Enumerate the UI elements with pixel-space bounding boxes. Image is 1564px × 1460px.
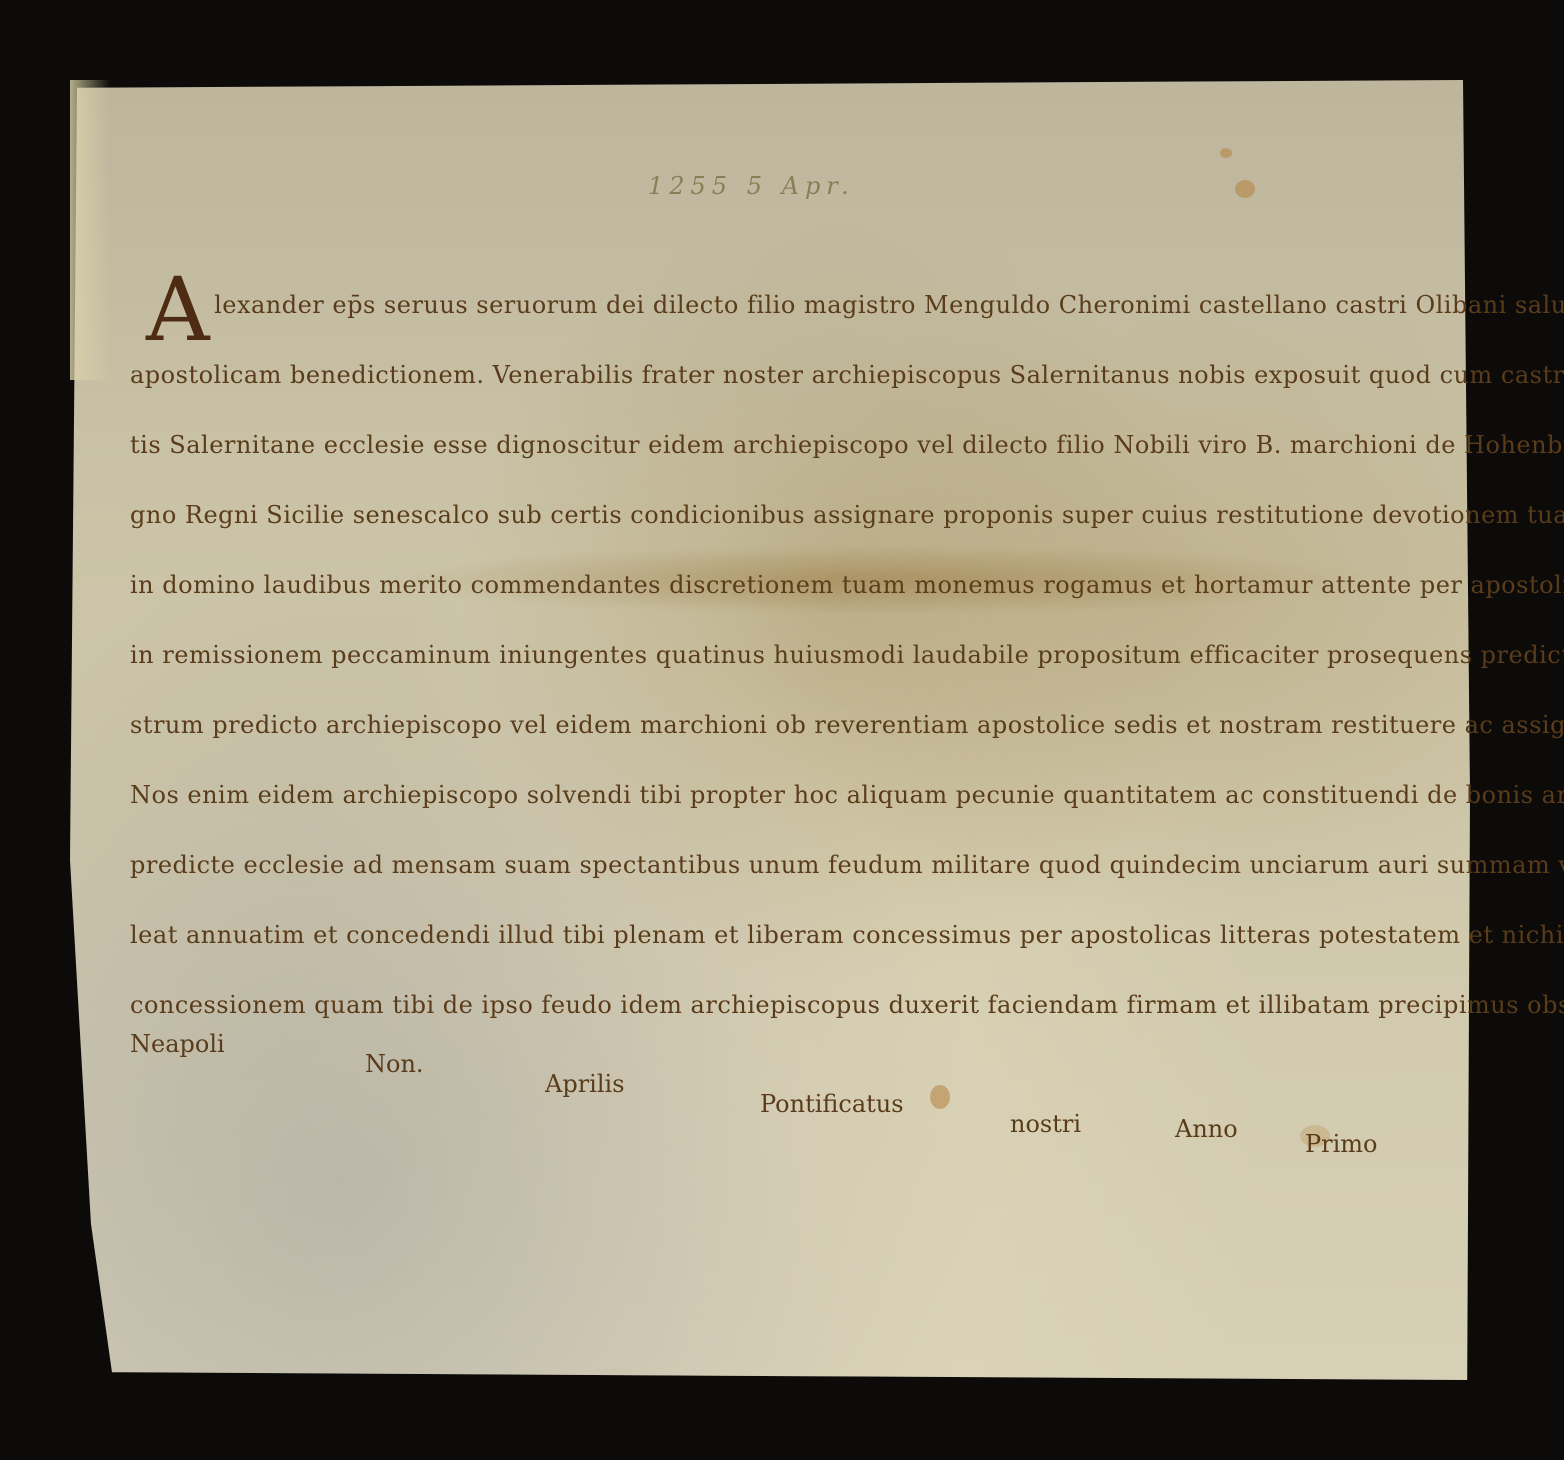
decorated-initial: A bbox=[146, 280, 210, 340]
stain-spot bbox=[1220, 148, 1232, 158]
dating-month: Aprilis bbox=[545, 1070, 625, 1098]
text-line: apostolicam benedictionem. Venerabilis f… bbox=[130, 340, 1510, 410]
folded-corner bbox=[70, 80, 110, 380]
text-line: in remissionem peccaminum iniungentes qu… bbox=[130, 620, 1510, 690]
text-line: gno Regni Sicilie senescalco sub certis … bbox=[130, 480, 1510, 550]
text-line: Nos enim eidem archiepiscopo solvendi ti… bbox=[130, 760, 1510, 830]
charter-text: Alexander ep̄s seruus seruorum dei dilec… bbox=[130, 270, 1510, 1040]
dating-year: Primo bbox=[1305, 1130, 1378, 1158]
dating-place: Neapoli bbox=[130, 1030, 225, 1058]
text-line: tis Salernitane ecclesie esse dignoscitu… bbox=[130, 410, 1510, 480]
dating-day: Non. bbox=[365, 1050, 424, 1078]
text-line: leat annuatim et concedendi illud tibi p… bbox=[130, 900, 1510, 970]
text-line: predicte ecclesie ad mensam suam spectan… bbox=[130, 830, 1510, 900]
dating-clause: Neapoli Non. Aprilis Pontificatus nostri… bbox=[130, 1020, 1470, 1180]
dating-anno: Anno bbox=[1175, 1115, 1238, 1143]
dating-pontificatus: Pontificatus bbox=[760, 1090, 904, 1118]
archival-date-note: 1255 5 Apr. bbox=[648, 172, 855, 200]
stain-spot bbox=[1235, 180, 1255, 198]
text-line: Alexander ep̄s seruus seruorum dei dilec… bbox=[146, 270, 1510, 340]
dating-nostri: nostri bbox=[1010, 1110, 1081, 1138]
text-line: in domino laudibus merito commendantes d… bbox=[130, 550, 1510, 620]
text-line: strum predicto archiepiscopo vel eidem m… bbox=[130, 690, 1510, 760]
